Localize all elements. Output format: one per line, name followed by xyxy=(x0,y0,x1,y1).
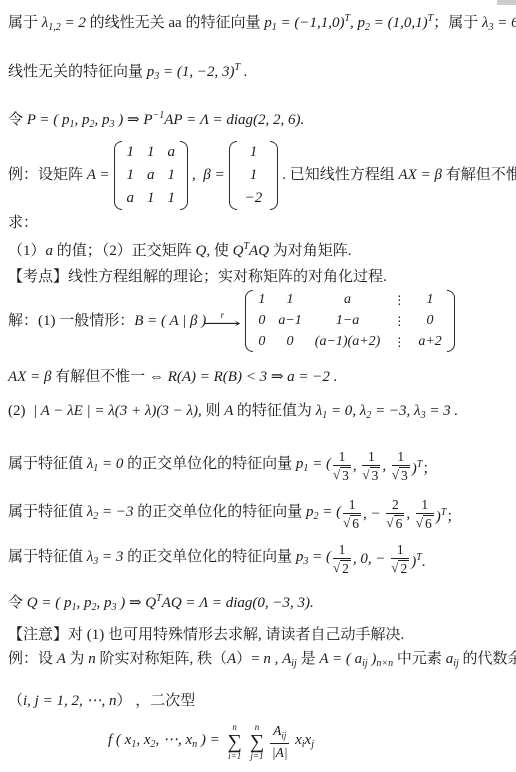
text-segment: 的代数余子式 xyxy=(459,651,516,667)
radicand: 3 xyxy=(370,467,381,483)
radicand: 6 xyxy=(394,515,405,531)
paragraph-eigenvectors-lambda12: 属于 λ1,2 = 2 的线性无关 aa 的特征向量 p1 = (−1,1,0)… xyxy=(8,8,512,38)
text-segment: A xyxy=(224,403,237,419)
sum-lower-limit: i=1 xyxy=(228,752,241,761)
text-segment: = −3 xyxy=(98,504,137,520)
document-page: 属于 λ1,2 = 2 的线性无关 aa 的特征向量 p1 = (−1,1,0)… xyxy=(0,0,516,772)
fraction: 1√3 xyxy=(333,450,351,483)
radicand: 3 xyxy=(399,467,410,483)
matrix-cell: 1 xyxy=(427,293,434,307)
separator: , xyxy=(382,456,390,477)
radical-icon: √ xyxy=(386,515,393,530)
example-statement-line: 例：设矩阵 A = 1 1 a 1 a 1 a 1 1 , β = 1 1 −2 xyxy=(8,141,512,210)
fraction-cofactor-over-det: Aij |A| xyxy=(270,724,289,761)
text-segment: 的值；（2）正交矩阵 xyxy=(57,243,196,259)
text-segment: = 3 . xyxy=(426,403,459,419)
text-segment: 的特征值为 xyxy=(237,403,316,419)
matrix-cell: a xyxy=(127,191,135,206)
text-segment: p xyxy=(264,15,272,31)
right-paren xyxy=(180,141,188,210)
text-segment: ； xyxy=(422,461,437,477)
text-segment: P = ( p xyxy=(27,112,70,128)
text-segment: = 0 xyxy=(98,456,127,472)
text-segment: , p xyxy=(75,112,90,128)
text-segment: 的线性无关 aa 的特征向量 xyxy=(90,15,265,31)
rank-condition-line: AX = β 有解但不惟一 ⇔ R(A) = R(B) < 3 ⇒ a = −2… xyxy=(8,367,512,388)
fraction: 1√3 xyxy=(362,450,380,483)
text-segment: 有解但不惟一 xyxy=(55,369,149,385)
sum-over-j: n ∑ j=1 xyxy=(250,723,264,761)
text-segment: n xyxy=(263,651,271,667)
matrix-cell: 1 xyxy=(258,293,265,307)
text-segment: 【考点】线性方程组解的理论；实对称矩阵的对角化过程. xyxy=(8,269,387,285)
text-segment: ） ，二次型 xyxy=(116,693,195,709)
matrix-cell: 1 xyxy=(168,191,176,206)
right-arrow-icon: ⟶ xyxy=(203,318,241,331)
text-segment: n×n xyxy=(376,658,393,669)
ev2-prefix: 属于特征值 λ2 = −3 的正交单位化的特征向量 p2 = ( xyxy=(8,502,341,527)
text-segment: i, j = 1, 2, ⋯, n xyxy=(23,693,116,709)
fraction: 1√6 xyxy=(416,498,434,531)
text-segment: = 6 xyxy=(493,15,516,31)
radicand: 3 xyxy=(340,467,351,483)
ev2-suffix: )T； xyxy=(436,502,462,528)
text-segment: 有解但不惟一, 试 xyxy=(446,167,516,183)
quadratic-form-formula: f ( x1, x2, ⋯, xn ) = n ∑ i=1 n ∑ j=1 Ai… xyxy=(108,723,512,761)
numerator: 1 xyxy=(362,450,380,466)
fraction: 2√6 xyxy=(386,498,404,531)
vector-beta-grid: 1 1 −2 xyxy=(240,141,268,210)
text-segment: = ( xyxy=(319,504,342,520)
numerator: 1 xyxy=(333,543,351,559)
solution-step1-line: 解：(1) 一般情形：B = ( A | β ) r ⟶ 1 1 a ⋮ 1 0… xyxy=(8,290,512,352)
right-paren xyxy=(270,141,278,210)
text-segment: AQ = Λ = diag(0, −3, 3). xyxy=(162,595,314,611)
example-suffix: . 已知线性方程组 AX = β 有解但不惟一, 试 xyxy=(282,165,516,186)
augmented-matrix-grid: 1 1 a ⋮ 1 0 a−1 1−a ⋮ 0 0 0 (a−1)(a+2) ⋮… xyxy=(256,290,443,352)
matrix-cell: 0 xyxy=(258,314,265,328)
matrix-cell: 1 xyxy=(147,145,155,160)
formula-rhs: xixj xyxy=(291,730,314,755)
numerator: 1 xyxy=(416,498,434,514)
text-segment: 线性无关的特征向量 xyxy=(8,64,147,80)
text-segment: 令 xyxy=(8,595,27,611)
radical-icon: √ xyxy=(392,467,399,482)
text-segment: −1 xyxy=(153,110,165,121)
text-segment: AX = β xyxy=(399,167,446,183)
text-segment: , xyxy=(353,458,361,474)
text-segment: 属于特征值 xyxy=(8,504,87,520)
text-segment: x xyxy=(291,732,301,748)
solution-prefix: 解：(1) 一般情形：B = ( A | β ) xyxy=(8,311,206,332)
denominator: √2 xyxy=(333,559,351,576)
beta-prefix: , β = xyxy=(192,165,225,186)
separator-minus: , − xyxy=(363,504,384,525)
fraction: 1√6 xyxy=(343,498,361,531)
row-reduce-arrow: r ⟶ xyxy=(212,312,232,331)
ev1-prefix: 属于特征值 λ1 = 0 的正交单位化的特征向量 p1 = ( xyxy=(8,454,331,479)
matrix-cell: 1 xyxy=(287,293,294,307)
denominator: |A| xyxy=(272,744,288,760)
text-segment: p xyxy=(306,504,314,520)
text-segment: . 已知线性方程组 xyxy=(282,167,398,183)
denominator: √3 xyxy=(333,466,351,483)
questions-line: （1）a 的值；（2）正交矩阵 Q, 使 QTAQ 为对角矩阵. xyxy=(8,236,512,262)
text-segment: 阶实对称矩阵, 秩（ xyxy=(99,651,227,667)
sum-over-i: n ∑ i=1 xyxy=(228,723,242,761)
text-segment: = (−1,1,0) xyxy=(277,15,345,31)
left-paren xyxy=(229,141,237,210)
text-segment: 为对角矩阵. xyxy=(273,243,352,259)
matrix-cell: a xyxy=(147,168,155,183)
text-segment: A xyxy=(227,651,236,667)
text-segment: j xyxy=(311,739,314,750)
scrollbar-thumb[interactable] xyxy=(497,0,516,5)
matrix-a: 1 1 a 1 a 1 a 1 1 xyxy=(114,141,189,210)
text-segment: . xyxy=(422,554,426,570)
text-segment: B = ( A | β ) xyxy=(134,313,206,329)
vdots: ⋮ xyxy=(393,294,405,306)
vector-beta: 1 1 −2 xyxy=(229,141,279,210)
augmented-matrix-b: 1 1 a ⋮ 1 0 a−1 1−a ⋮ 0 0 0 (a−1)(a+2) ⋮… xyxy=(245,290,454,352)
sigma-icon: ∑ xyxy=(250,732,264,752)
numerator: 1 xyxy=(392,450,410,466)
numerator: 2 xyxy=(386,498,404,514)
text-segment: , xyxy=(406,506,414,522)
radicand: 2 xyxy=(398,560,409,576)
text-segment: 例：设 xyxy=(8,651,57,667)
text-segment: , p xyxy=(96,595,111,611)
radical-icon: √ xyxy=(333,467,340,482)
text-segment: 属于特征值 xyxy=(8,456,87,472)
radical-icon: √ xyxy=(416,515,423,530)
text-segment: 的正交单位化的特征向量 xyxy=(137,504,306,520)
note-line: 【注意】对 (1) 也可用特殊情形去求解, 请读者自己动手解决. xyxy=(8,625,512,646)
text-segment: , − xyxy=(363,506,384,522)
paragraph-eigenvector-p3: 线性无关的特征向量 p3 = (1, −2, 3)T . xyxy=(8,57,512,87)
text-segment: = ( xyxy=(308,456,331,472)
text-segment: , 使 xyxy=(206,243,232,259)
index-range-line: （i, j = 1, 2, ⋯, n） ，二次型 xyxy=(8,691,512,712)
fraction: 1√2 xyxy=(333,543,351,576)
example2-statement-line: 例：设 A 为 n 阶实对称矩阵, 秩（A）= n , Aij 是 A = ( … xyxy=(8,649,512,674)
matrix-cell: 1 xyxy=(168,168,176,183)
text-segment: , 则 xyxy=(198,403,224,419)
eigenvector-line-2: 属于特征值 λ2 = −3 的正交单位化的特征向量 p2 = ( 1√6 , −… xyxy=(8,498,512,531)
text-segment: （ xyxy=(8,693,23,709)
text-segment: , p xyxy=(76,595,91,611)
text-segment: Q xyxy=(196,243,207,259)
right-paren xyxy=(447,290,455,352)
fraction: 1√3 xyxy=(392,450,410,483)
text-segment: = ( xyxy=(308,549,331,565)
matrix-cell: 1 xyxy=(127,145,135,160)
matrix-cell: (a−1)(a+2) xyxy=(315,335,381,349)
matrix-cell: a−1 xyxy=(278,314,301,328)
matrix-cell: a+2 xyxy=(418,335,441,349)
radical-icon: √ xyxy=(333,560,340,575)
text-segment: a xyxy=(46,243,57,259)
matrix-cell: 0 xyxy=(258,335,265,349)
text-segment: ； xyxy=(446,509,461,525)
text-segment: ；属于 xyxy=(433,15,482,31)
vector-cell: −2 xyxy=(245,191,263,206)
text-segment: 属于 xyxy=(8,15,42,31)
matrix-cell: a xyxy=(344,293,351,307)
numerator: 1 xyxy=(343,498,361,514)
text-segment: 为 xyxy=(69,651,88,667)
numerator: 1 xyxy=(391,543,409,559)
text-segment: Q = ( p xyxy=(27,595,72,611)
text-segment: 例：设矩阵 xyxy=(8,167,87,183)
text-segment: 【注意】对 (1) 也可用特殊情形去求解, 请读者自己动手解决. xyxy=(8,627,404,643)
text-segment: AQ xyxy=(249,243,273,259)
separator: , xyxy=(353,456,361,477)
vector-cell: 1 xyxy=(250,145,258,160)
text-segment: = 3 xyxy=(98,549,127,565)
text-segment: 解：(1) 一般情形： xyxy=(8,313,134,329)
radical-icon: √ xyxy=(343,515,350,530)
fraction: 1√2 xyxy=(391,543,409,576)
text-segment: = −3, λ xyxy=(371,403,420,419)
vector-cell: 1 xyxy=(250,168,258,183)
denominator: √3 xyxy=(392,466,410,483)
radicand: 6 xyxy=(423,515,434,531)
radical-icon: √ xyxy=(391,560,398,575)
characteristic-polynomial-line: (2) | A − λE | = λ(3 + λ)(3 − λ), 则 A 的特… xyxy=(8,401,512,426)
eigenvector-line-1: 属于特征值 λ1 = 0 的正交单位化的特征向量 p1 = ( 1√3 , 1√… xyxy=(8,450,512,483)
matrix-cell: a xyxy=(168,145,176,160)
cofactor-subscript: ij xyxy=(281,730,286,740)
left-paren xyxy=(114,141,122,210)
text-segment: AP = Λ = diag(2, 2, 6). xyxy=(164,112,304,128)
text-segment: ) ⇒ P xyxy=(115,112,153,128)
text-segment: f ( x xyxy=(108,732,131,748)
text-segment: , β = xyxy=(192,167,225,183)
text-segment: 中元素 xyxy=(393,651,446,667)
sum-lower-limit: j=1 xyxy=(250,752,263,761)
text-segment: (2) xyxy=(8,403,33,419)
ev3-prefix: 属于特征值 λ3 = 3 的正交单位化的特征向量 p3 = ( xyxy=(8,547,331,572)
text-segment: （1） xyxy=(8,243,46,259)
text-segment: , p xyxy=(350,15,365,31)
sigma-icon: ∑ xyxy=(228,732,242,752)
matrix-cell: 1 xyxy=(147,191,155,206)
text-segment: A xyxy=(57,651,70,667)
text-segment: , p xyxy=(95,112,110,128)
text-segment: 属于特征值 xyxy=(8,549,87,565)
text-segment: A xyxy=(282,651,291,667)
denominator: √2 xyxy=(391,559,409,576)
text-segment: , 0, − xyxy=(353,551,389,567)
paragraph-let-P-diag: 令 P = ( p1, p2, p3 ) ⇒ P−1AP = Λ = diag(… xyxy=(8,105,512,135)
ev1-suffix: )T； xyxy=(412,454,438,480)
text-segment: , xyxy=(271,651,282,667)
text-segment: Q xyxy=(233,243,244,259)
matrix-a-grid: 1 1 a 1 a 1 a 1 1 xyxy=(125,141,178,210)
numerator: 1 xyxy=(333,450,351,466)
matrix-cell: 1−a xyxy=(336,314,359,328)
text-segment: . xyxy=(240,64,248,80)
text-segment: ）= xyxy=(236,651,263,667)
vdots: ⋮ xyxy=(393,336,405,348)
ev3-suffix: )T. xyxy=(411,547,425,573)
key-points-line: 【考点】线性方程组解的理论；实对称矩阵的对角化过程. xyxy=(8,267,512,288)
text-segment: = (1, −2, 3) xyxy=(159,64,234,80)
text-segment: 的正交单位化的特征向量 xyxy=(127,549,296,565)
find-label: 求： xyxy=(8,213,512,234)
matrix-cell: 0 xyxy=(427,314,434,328)
text-segment: ⇔ R(A) = R(B) < 3 ⇒ a = −2 . xyxy=(149,369,337,385)
eigenvector-line-3: 属于特征值 λ3 = 3 的正交单位化的特征向量 p3 = ( 1√2 , 0,… xyxy=(8,543,512,576)
matrix-cell: 0 xyxy=(287,335,294,349)
text-segment: ) ⇒ Q xyxy=(116,595,156,611)
denominator: √3 xyxy=(362,466,380,483)
text-segment: , xyxy=(382,458,390,474)
text-segment: , x xyxy=(136,732,150,748)
radicand: 6 xyxy=(350,515,361,531)
text-segment: = (1,0,1) xyxy=(370,15,428,31)
text-segment: | A − λE | = λ(3 + λ)(3 − λ) xyxy=(33,403,198,419)
text-segment: A = ( a xyxy=(319,651,362,667)
text-segment: AX = β xyxy=(8,369,55,385)
ev3-middle: , 0, − xyxy=(353,549,389,570)
text-segment: = 2 xyxy=(61,15,90,31)
radical-icon: √ xyxy=(362,467,369,482)
vdots: ⋮ xyxy=(393,315,405,327)
text-segment: 是 xyxy=(297,651,320,667)
text-segment: n xyxy=(88,651,99,667)
left-paren xyxy=(245,290,253,352)
text-segment: , ⋯, x xyxy=(156,732,193,748)
text-segment: ) = xyxy=(197,732,223,748)
example-prefix: 例：设矩阵 A = xyxy=(8,165,110,186)
denominator: √6 xyxy=(416,514,434,531)
text-segment: 1,2 xyxy=(48,22,61,33)
denominator: √6 xyxy=(343,514,361,531)
text-segment: A = xyxy=(87,167,110,183)
text-segment: 令 xyxy=(8,112,27,128)
text-segment: = 0, λ xyxy=(327,403,366,419)
separator: , xyxy=(406,504,414,525)
denominator: √6 xyxy=(386,514,404,531)
formula-lhs: f ( x1, x2, ⋯, xn ) = xyxy=(108,730,224,755)
numerator: Aij xyxy=(270,724,289,745)
text-segment: 求： xyxy=(8,215,38,231)
text-segment: 的正交单位化的特征向量 xyxy=(127,456,296,472)
radicand: 2 xyxy=(340,560,351,576)
matrix-cell: 1 xyxy=(127,168,135,183)
paragraph-let-Q-diag: 令 Q = ( p1, p2, p3 ) ⇒ QTAQ = Λ = diag(0… xyxy=(8,588,512,618)
